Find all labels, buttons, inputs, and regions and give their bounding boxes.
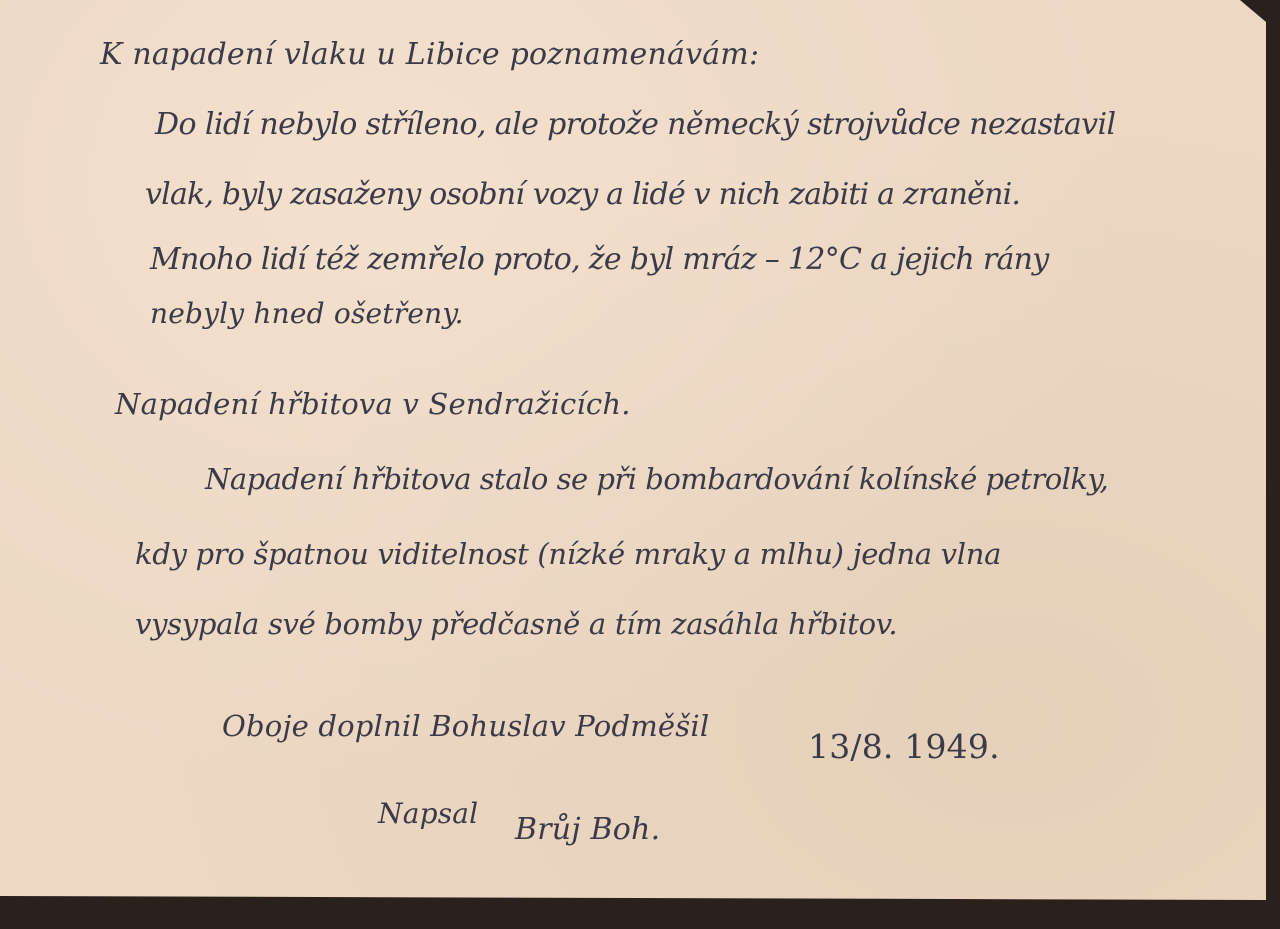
completed-by-note: Oboje doplnil Bohuslav Podměšil [222, 712, 709, 741]
section1-heading: K napadení vlaku u Libice poznamenávám: [100, 40, 759, 70]
section2-line-3: vysypala své bomby předčasně a tím zasáh… [135, 610, 897, 639]
section1-line-4: nebyly hned ošetřeny. [150, 300, 464, 328]
document-date: 13/8. 1949. [808, 730, 1000, 763]
section2-line-1: Napadení hřbitova stalo se při bombardov… [205, 465, 1108, 494]
author-signature: Brůj Boh. [515, 815, 660, 845]
section1-line-3: Mnoho lidí též zemřelo proto, že byl mrá… [150, 245, 1049, 275]
section2-heading: Napadení hřbitova v Sendražicích. [115, 390, 631, 419]
section1-line-1: Do lidí nebylo stříleno, ale protože něm… [155, 110, 1115, 140]
paper-sheet: K napadení vlaku u Libice poznamenávám: … [0, 0, 1266, 900]
section2-line-2: kdy pro špatnou viditelnost (nízké mraky… [135, 540, 1001, 569]
written-by-label: Napsal [378, 800, 478, 828]
section1-line-2: vlak, byly zasaženy osobní vozy a lidé v… [145, 180, 1020, 210]
